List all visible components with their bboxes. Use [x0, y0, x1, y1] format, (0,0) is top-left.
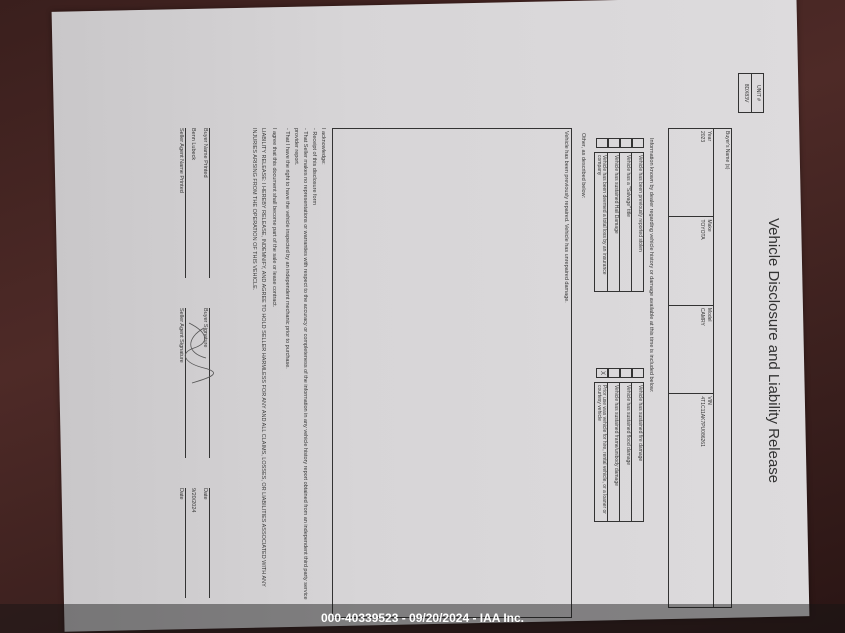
info-note: Information known by dealer regarding ve… — [648, 138, 654, 392]
checkbox-flood[interactable] — [620, 368, 632, 378]
model-label: Model — [705, 308, 712, 391]
seller-date-line[interactable]: Date — [178, 488, 186, 598]
buyer-name-printed-label: Buyer Name Printed — [202, 128, 208, 178]
buyer-date-label: Date — [202, 488, 208, 500]
seller-date: 9/20/2024 — [190, 488, 196, 512]
vin-cell: VIN 4T1C11AK7PU086261 — [669, 394, 713, 607]
disclosure-document: Vehicle Disclosure and Liability Release… — [122, 68, 772, 628]
year-value: 2023 — [698, 131, 705, 214]
vin-label: VIN — [705, 396, 712, 605]
checklist-left: Vehicle has been previously reported sto… — [594, 138, 644, 292]
check-label: Prior use was vehicle for hire, rental v… — [595, 383, 607, 521]
ack-item: - That Seller makes no representations o… — [291, 128, 309, 608]
agree-statement: I agree that this document shall become … — [269, 128, 278, 608]
ack-item: - That I have the right to have the vehi… — [282, 128, 291, 608]
document-title: Vehicle Disclosure and Liability Release — [765, 218, 782, 483]
seller-date-label: Date — [178, 488, 184, 500]
model-cell: Model CAMRY — [669, 306, 713, 394]
checkbox-frame[interactable] — [608, 368, 620, 378]
check-label: Vehicle has sustained flood damage — [619, 383, 631, 521]
buyer-name-printed-line[interactable]: Buyer Name Printed — [202, 128, 210, 278]
vehicle-row: Year 2023 Make TOYOTA Model CAMRY VIN 4T… — [669, 129, 713, 607]
checklist-right: X Vehicle has sustained fire damage Vehi… — [594, 368, 644, 522]
check-label: Vehicle has been deemed a total loss by … — [595, 153, 607, 291]
checkbox-stolen[interactable] — [632, 138, 644, 148]
make-value: TOYOTA — [698, 219, 705, 302]
other-description-box: Vehicle has been previously repaired. Ve… — [332, 128, 572, 618]
watermark-banner: 000-40339523 - 09/20/2024 - IAA Inc. — [0, 604, 845, 633]
seller-name: Benn Lubeck — [190, 128, 196, 160]
check-label: Vehicle has sustained frame/unibody dama… — [607, 383, 619, 521]
checkbox-fire[interactable] — [632, 368, 644, 378]
unit-box: UNIT # 8DX83V — [738, 73, 764, 113]
buyer-name-label: Buyer's Name (s) — [715, 131, 730, 169]
buyer-name-row: Buyer's Name (s) — [713, 129, 731, 607]
check-label: Vehicle has sustained Hail Damage — [607, 153, 619, 291]
make-cell: Make TOYOTA — [669, 217, 713, 305]
other-description: Vehicle has been previously repaired. Ve… — [563, 131, 569, 303]
check-label: Vehicle has been previously reported sto… — [631, 153, 643, 291]
vin-value: 4T1C11AK7PU086261 — [698, 396, 705, 605]
checkbox-total-loss[interactable] — [596, 138, 608, 148]
ack-item: - Receipt of this disclosure form — [309, 128, 318, 608]
ack-heading: I acknowledge: — [318, 128, 327, 608]
check-label: Vehicle has a "Salvage" title — [619, 153, 631, 291]
vehicle-info-table: Buyer's Name (s) Year 2023 Make TOYOTA M… — [668, 128, 732, 608]
signature-scribble — [182, 318, 214, 388]
unit-label: UNIT # — [751, 74, 763, 112]
seller-name-printed-line[interactable]: Seller Agent Name Printed — [178, 128, 186, 278]
model-value: CAMRY — [698, 308, 705, 391]
unit-value: 8DX83V — [740, 74, 751, 112]
other-label: Other, as described below: — [579, 133, 587, 198]
checkbox-salvage[interactable] — [620, 138, 632, 148]
year-cell: Year 2023 — [669, 129, 713, 217]
seller-name-printed-label: Seller Agent Name Printed — [178, 128, 184, 193]
year-label: Year — [705, 131, 712, 214]
make-label: Make — [705, 219, 712, 302]
checkbox-prior-use[interactable]: X — [596, 368, 608, 378]
liability-release: LIABILITY RELEASE: I HEREBY RELEASE, IND… — [249, 128, 267, 598]
buyer-date-line[interactable]: Date — [202, 488, 210, 598]
acknowledgement: I acknowledge: - Receipt of this disclos… — [269, 128, 327, 608]
check-label: Vehicle has sustained fire damage — [631, 383, 643, 521]
checkbox-hail[interactable] — [608, 138, 620, 148]
